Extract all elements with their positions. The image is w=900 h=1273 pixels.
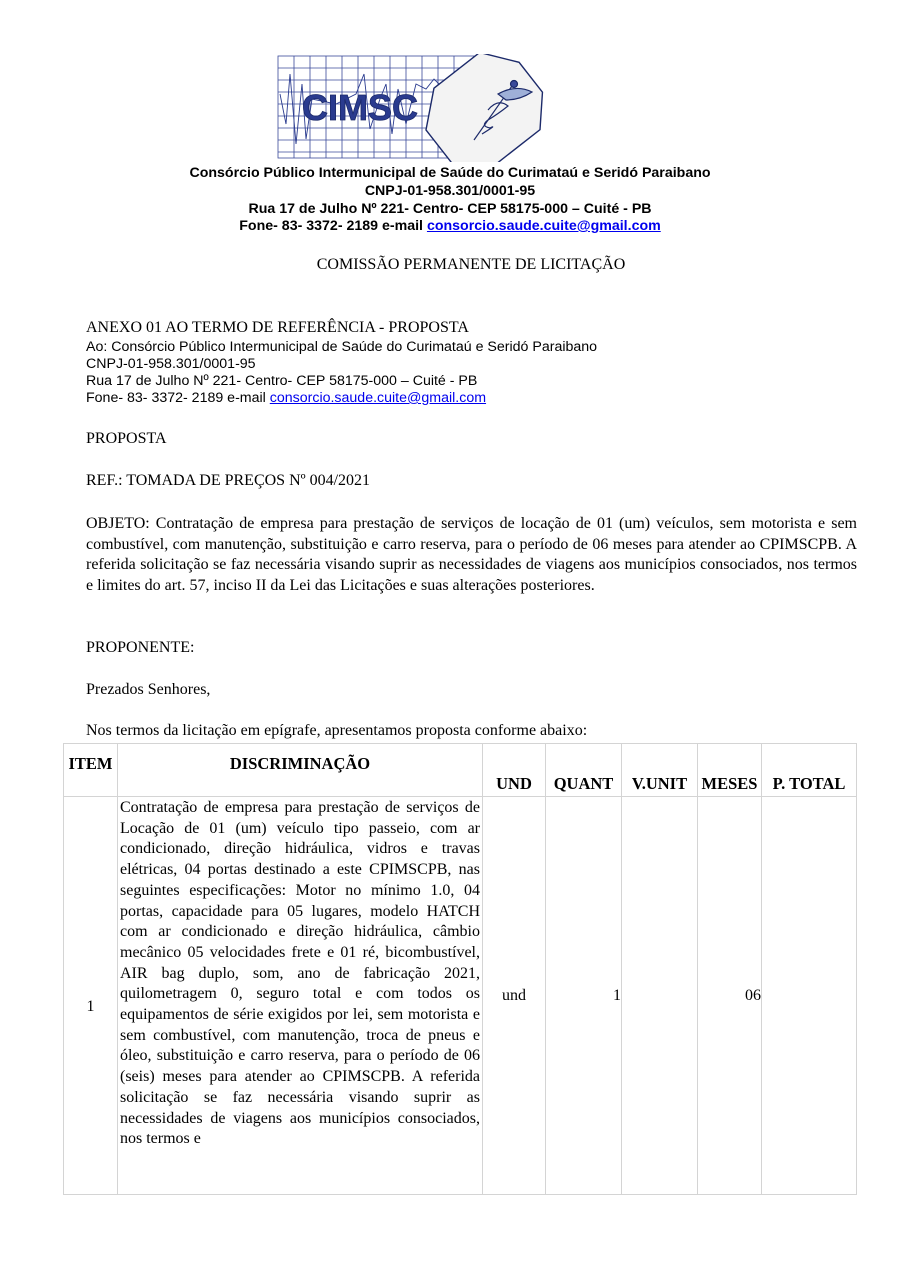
annex-address: Rua 17 de Julho Nº 221- Centro- CEP 5817…	[86, 373, 477, 390]
letterhead-phone: Fone- 83- 3372- 2189 e-mail	[239, 218, 427, 234]
cell-und: und	[483, 797, 546, 1195]
letterhead-cnpj: CNPJ-01-958.301/0001-95	[0, 182, 900, 200]
header-meses: MESES	[698, 744, 762, 797]
annex-recipient: Ao: Consórcio Público Intermunicipal de …	[86, 339, 597, 356]
header-vunit: V.UNIT	[622, 744, 698, 797]
reference: REF.: TOMADA DE PREÇOS Nº 004/2021	[86, 472, 370, 490]
header-discriminacao: DISCRIMINAÇÃO	[118, 744, 483, 797]
header-und: UND	[483, 744, 546, 797]
cell-item: 1	[64, 797, 118, 1195]
cell-ptotal	[762, 797, 857, 1195]
cell-discriminacao: Contratação de empresa para prestação de…	[118, 797, 483, 1195]
proposal-table: ITEM DISCRIMINAÇÃO UND QUANT V.UNIT MESE…	[63, 743, 857, 1195]
proposta-label: PROPOSTA	[86, 430, 167, 448]
greeting: Prezados Senhores,	[86, 681, 210, 699]
commission-heading: COMISSÃO PERMANENTE DE LICITAÇÃO	[0, 256, 900, 274]
table-row: 1 Contratação de empresa para prestação …	[64, 797, 857, 1195]
header-item: ITEM	[64, 744, 118, 797]
logo-graphic: CIMSC	[276, 54, 546, 162]
annex-phone: Fone- 83- 3372- 2189 e-mail	[86, 390, 270, 406]
letterhead-org-name: Consórcio Público Intermunicipal de Saúd…	[0, 164, 900, 182]
header-quant: QUANT	[546, 744, 622, 797]
annex-email-link[interactable]: consorcio.saude.cuite@gmail.com	[270, 390, 486, 406]
intro-paragraph: Nos termos da licitação em epígrafe, apr…	[86, 722, 587, 740]
cell-vunit	[622, 797, 698, 1195]
letterhead-address: Rua 17 de Julho Nº 221- Centro- CEP 5817…	[0, 200, 900, 218]
proponente-label: PROPONENTE:	[86, 639, 194, 657]
letterhead-contact: Fone- 83- 3372- 2189 e-mail consorcio.sa…	[0, 217, 900, 235]
annex-contact: Fone- 83- 3372- 2189 e-mail consorcio.sa…	[86, 390, 486, 407]
svg-text:CIMSC: CIMSC	[302, 87, 418, 128]
annex-cnpj: CNPJ-01-958.301/0001-95	[86, 356, 256, 373]
header-ptotal: P. TOTAL	[762, 744, 857, 797]
annex-title: ANEXO 01 AO TERMO DE REFERÊNCIA - PROPOS…	[86, 319, 469, 337]
cimsc-logo: CIMSC	[276, 54, 546, 162]
cell-meses: 06	[698, 797, 762, 1195]
letterhead-email-link[interactable]: consorcio.saude.cuite@gmail.com	[427, 218, 661, 234]
cell-quant: 1	[546, 797, 622, 1195]
table-header-row: ITEM DISCRIMINAÇÃO UND QUANT V.UNIT MESE…	[64, 744, 857, 797]
objeto-paragraph: OBJETO: Contratação de empresa para pres…	[86, 514, 857, 596]
